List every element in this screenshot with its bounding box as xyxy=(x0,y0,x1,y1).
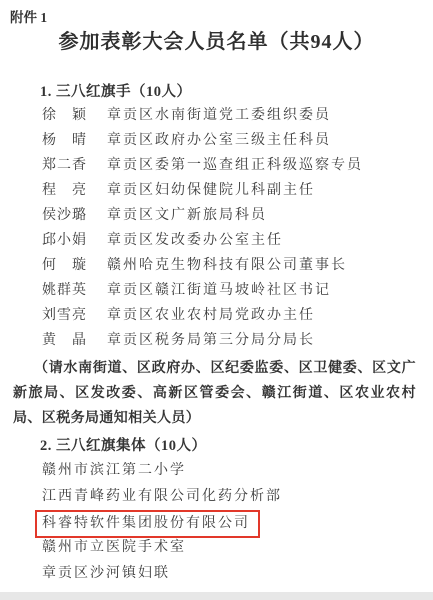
person-row: 徐 颖 章贡区水南街道党工委组织委员 xyxy=(42,103,363,128)
group-name: 章贡区沙河镇妇联 xyxy=(42,566,170,581)
person-title: 赣州哈克生物科技有限公司董事长 xyxy=(107,253,347,278)
person-row: 杨 晴 章贡区政府办公室三级主任科员 xyxy=(42,128,363,153)
page-bottom-edge xyxy=(0,592,433,600)
person-row: 何 璇 赣州哈克生物科技有限公司董事长 xyxy=(42,253,363,278)
person-name: 刘雪亮 xyxy=(42,303,107,328)
notify-note: （请水南街道、区政府办、区纪委监委、区卫健委、区文广新旅局、区发改委、高新区管委… xyxy=(13,356,416,431)
person-title: 章贡区农业农村局党政办主任 xyxy=(107,303,315,328)
person-row: 黄 晶 章贡区税务局第三分局分局长 xyxy=(42,328,363,353)
attachment-label: 附件 1 xyxy=(10,6,47,26)
person-name: 姚群英 xyxy=(42,278,107,303)
section-1-heading: 1. 三八红旗手（10人） xyxy=(40,80,192,101)
person-row: 姚群英 章贡区赣江街道马坡岭社区书记 xyxy=(42,278,363,303)
page-title: 参加表彰大会人员名单（共94人） xyxy=(0,25,433,54)
person-name: 郑二香 xyxy=(42,153,107,178)
group-name: 赣州市滨江第二小学 xyxy=(42,463,186,478)
person-row: 程 亮 章贡区妇幼保健院儿科副主任 xyxy=(42,178,363,203)
person-title: 章贡区税务局第三分局分局长 xyxy=(107,328,315,353)
group-list: 赣州市滨江第二小学 江西青峰药业有限公司化药分析部 科睿特软件集团股份有限公司 … xyxy=(42,458,282,587)
person-name: 黄 晶 xyxy=(42,328,107,353)
group-row-highlighted: 科睿特软件集团股份有限公司 xyxy=(42,510,282,536)
person-title: 章贡区政府办公室三级主任科员 xyxy=(107,128,331,153)
person-title: 章贡区文广新旅局科员 xyxy=(107,203,267,228)
person-name: 程 亮 xyxy=(42,178,107,203)
person-title: 章贡区水南街道党工委组织委员 xyxy=(107,103,331,128)
group-row: 赣州市滨江第二小学 xyxy=(42,458,282,484)
person-name: 邱小娟 xyxy=(42,228,107,253)
person-row: 侯沙璐 章贡区文广新旅局科员 xyxy=(42,203,363,228)
person-row: 邱小娟 章贡区发改委办公室主任 xyxy=(42,228,363,253)
person-title: 章贡区发改委办公室主任 xyxy=(107,228,283,253)
group-name: 江西青峰药业有限公司化药分析部 xyxy=(42,489,282,504)
person-title: 章贡区委第一巡查组正科级巡察专员 xyxy=(107,153,363,178)
person-list: 徐 颖 章贡区水南街道党工委组织委员 杨 晴 章贡区政府办公室三级主任科员 郑二… xyxy=(42,103,363,353)
group-row: 赣州市立医院手术室 xyxy=(42,535,282,561)
group-name: 赣州市立医院手术室 xyxy=(42,540,186,555)
group-row: 章贡区沙河镇妇联 xyxy=(42,561,282,587)
person-row: 郑二香 章贡区委第一巡查组正科级巡察专员 xyxy=(42,153,363,178)
group-row: 江西青峰药业有限公司化药分析部 xyxy=(42,484,282,510)
highlighted-group-name[interactable]: 科睿特软件集团股份有限公司 xyxy=(35,510,260,538)
person-name: 徐 颖 xyxy=(42,103,107,128)
person-name: 侯沙璐 xyxy=(42,203,107,228)
person-name: 杨 晴 xyxy=(42,128,107,153)
person-name: 何 璇 xyxy=(42,253,107,278)
person-row: 刘雪亮 章贡区农业农村局党政办主任 xyxy=(42,303,363,328)
section-2-heading: 2. 三八红旗集体（10人） xyxy=(40,434,207,455)
person-title: 章贡区妇幼保健院儿科副主任 xyxy=(107,178,315,203)
person-title: 章贡区赣江街道马坡岭社区书记 xyxy=(107,278,331,303)
